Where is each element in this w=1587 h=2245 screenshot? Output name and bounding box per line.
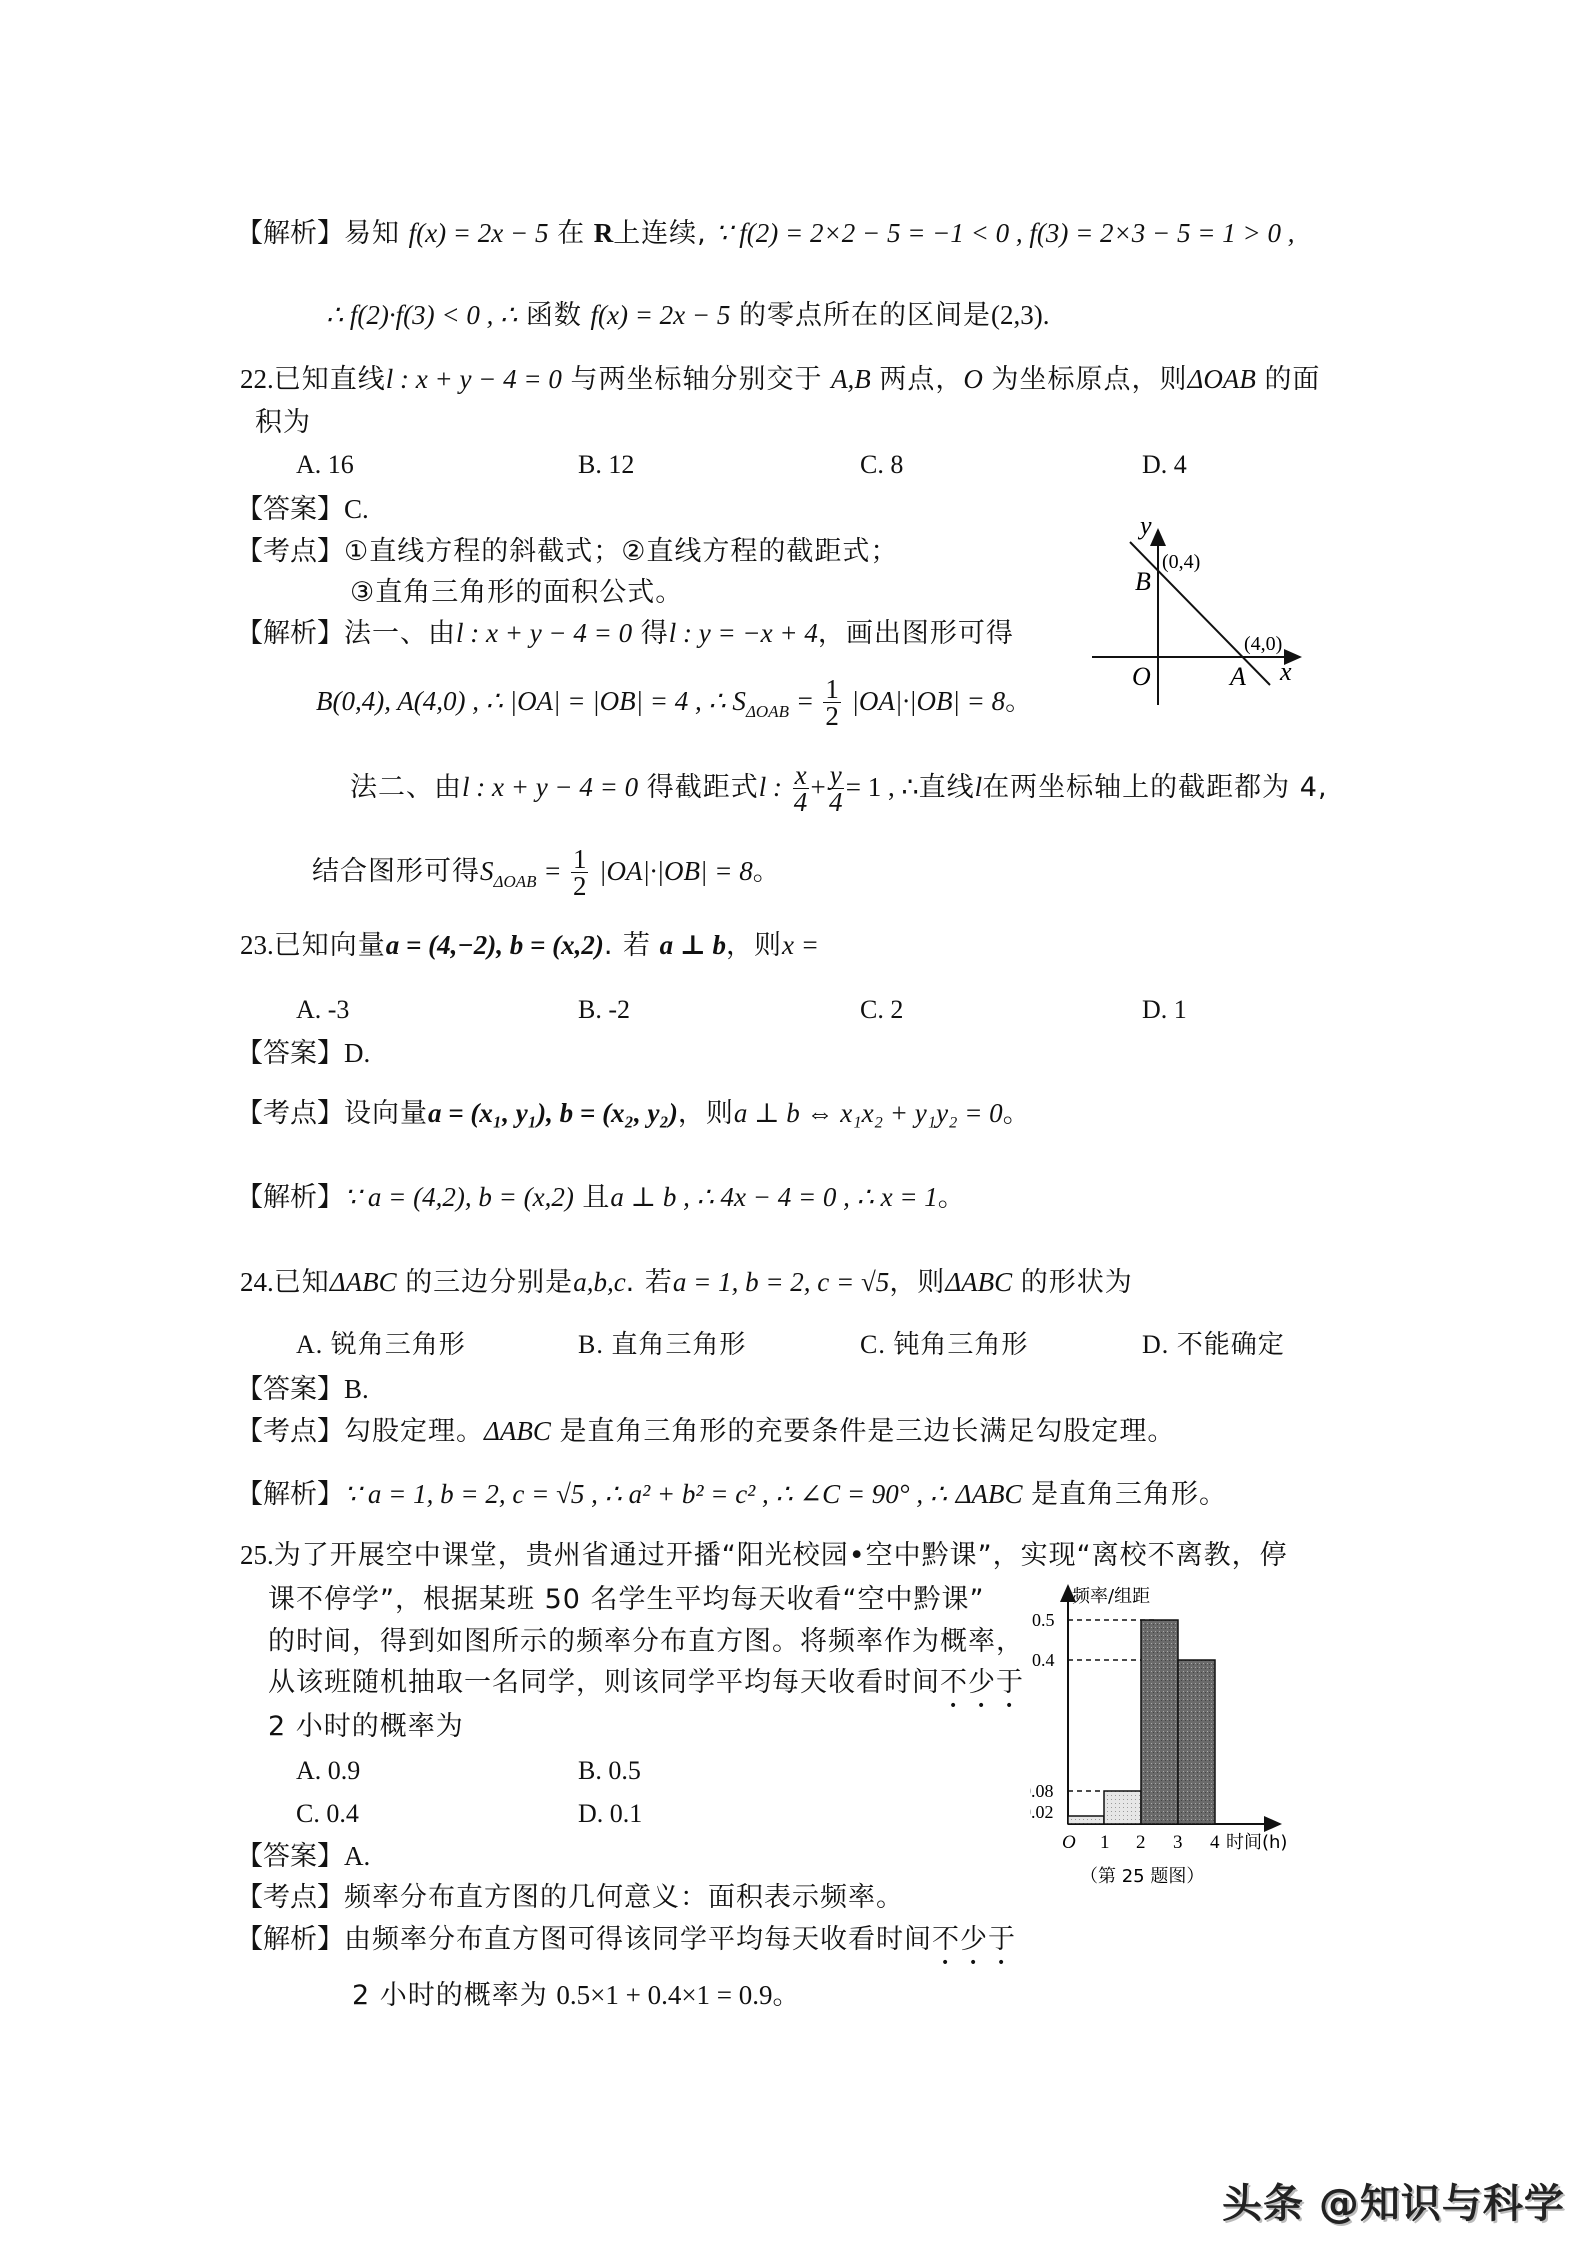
analysis-label: 【解析】 <box>236 618 344 649</box>
formula: a,b,c <box>573 1267 625 1297</box>
text: 且 <box>582 1182 610 1213</box>
text: 易知 <box>344 218 400 249</box>
formula: ΔABC <box>956 1479 1023 1509</box>
fraction: x4 <box>793 762 809 815</box>
x-axis-label: x <box>1279 657 1292 686</box>
x-axis-title: 时间(h) <box>1226 1832 1287 1853</box>
q22-analysis-line2: B(0,4), A(4,0) , ∴ |OA| = |OB| = 4 , ∴ S… <box>316 676 1033 729</box>
question-number: 22. <box>240 364 274 394</box>
text: 勾股定理。 <box>344 1416 484 1447</box>
y-tick-0.5: 0.5 <box>1032 1610 1055 1630</box>
q23-option-b: B. -2 <box>578 994 630 1026</box>
x-tick-3: 3 <box>1173 1832 1183 1853</box>
denominator: 2 <box>571 873 589 899</box>
text: ，则 <box>678 1098 734 1129</box>
formula: |OA|·|OB| = 8 <box>851 686 1005 716</box>
fraction: 12 <box>823 676 841 729</box>
answer-value: B. <box>344 1374 369 1404</box>
q25-frequency-histogram: 频率/组距 0.5 0.4 0.08 0.02 O 1 2 3 4 时间(h) … <box>1030 1578 1310 1908</box>
q23-option-a: A. -3 <box>296 994 349 1026</box>
formula: ΔABC <box>484 1416 551 1446</box>
point-label: 【考点】 <box>236 1882 344 1913</box>
q22-option-d: D. 4 <box>1142 449 1187 481</box>
answer-label: 【答案】 <box>236 1841 344 1872</box>
formula: f(x) = 2x − 5 <box>590 300 730 330</box>
formula: S <box>480 856 494 886</box>
answer-value: C. <box>344 494 369 524</box>
q25-option-c: C. 0.4 <box>296 1798 359 1830</box>
text: 两点， <box>879 364 963 395</box>
x-tick-1: 1 <box>1100 1832 1110 1853</box>
text: 得截距式 <box>647 772 759 803</box>
formula: l : x + y − 4 = 0 <box>456 618 632 648</box>
origin-label: O <box>1132 662 1151 691</box>
formula: a ⊥ b <box>660 930 726 960</box>
formula: = <box>798 686 813 716</box>
formula: a = 1, b = 2, c = √5 <box>673 1267 889 1297</box>
coord-b-label: (0,4) <box>1162 551 1200 573</box>
answer-value: D. <box>344 1038 370 1068</box>
q24-option-b: B. 直角三角形 <box>578 1329 746 1361</box>
formula: x = <box>782 930 819 960</box>
q23-points: 【考点】设向量a = (x₁, y₁), b = (x₂, y₂)，则a ⊥ b… <box>236 1096 1031 1131</box>
text: 的零点所在的区间是 <box>739 300 991 331</box>
text: 得 <box>641 618 669 649</box>
bar-2-3 <box>1141 1620 1178 1824</box>
q24-analysis: 【解析】∵ a = 1, b = 2, c = √5 , ∴ a² + b² =… <box>236 1477 1227 1512</box>
q22-stem: 22.已知直线l : x + y − 4 = 0 与两坐标轴分别交于 A,B 两… <box>240 362 1320 397</box>
q22-analysis-line1: 【解析】法一、由l : x + y − 4 = 0 得l : y = −x + … <box>236 616 1014 651</box>
emphasized-text: 不少于 <box>932 1924 1016 1955</box>
text: 在两坐标轴上的截距都为 4, <box>982 772 1327 803</box>
formula: 0.5×1 + 0.4×1 = 0.9 <box>556 1980 772 2010</box>
text: ，画出图形可得 <box>818 618 1014 649</box>
text: 2 小时的概率为 <box>352 1980 548 2011</box>
subscript: ΔOAB <box>494 872 537 891</box>
numerator: y <box>828 762 844 789</box>
answer-label: 【答案】 <box>236 1038 344 1069</box>
q24-answer: 【答案】B. <box>236 1372 369 1407</box>
text: . 若 <box>604 930 651 961</box>
text: . 若 <box>626 1267 673 1298</box>
denominator: 2 <box>823 703 841 729</box>
text: 。 <box>1005 686 1033 717</box>
text: 法一、由 <box>344 618 456 649</box>
formula: a = (x₁, y₁), b = (x₂, y₂) <box>428 1098 678 1128</box>
text: 设向量 <box>344 1098 428 1129</box>
answer-label: 【答案】 <box>236 1374 344 1405</box>
formula: ∴ f(2)·f(3) < 0 , ∴ <box>326 300 517 330</box>
formula: l : x + y − 4 = 0 <box>462 772 638 802</box>
analysis-label: 【解析】 <box>236 1924 344 1955</box>
bar-3-4 <box>1178 1660 1215 1824</box>
analysis-label: 【解析】 <box>236 1182 344 1213</box>
q21-analysis-line2: ∴ f(2)·f(3) < 0 , ∴ 函数 f(x) = 2x − 5 的零点… <box>326 298 1049 333</box>
formula: a ⊥ b , ∴ 4x − 4 = 0 , ∴ x = 1 <box>610 1182 937 1212</box>
y-axis-label: y <box>1137 511 1152 540</box>
emphasized-text: 不少于 <box>940 1667 1024 1698</box>
q22-answer: 【答案】C. <box>236 492 369 527</box>
formula: + <box>811 772 826 802</box>
question-number: 24. <box>240 1267 274 1297</box>
numerator: 1 <box>823 676 841 703</box>
formula: ∵ a = 1, b = 2, c = √5 , ∴ a² + b² = c² … <box>344 1479 947 1509</box>
text: 直线 <box>919 772 975 803</box>
q23-option-c: C. 2 <box>860 994 903 1026</box>
text: 。 <box>753 856 781 887</box>
formula: ΔABC <box>945 1267 1012 1297</box>
text: 在 <box>557 218 585 249</box>
formula: ∵ f(2) = 2×2 − 5 = −1 < 0 , f(3) = 2×3 −… <box>715 218 1294 248</box>
text: 上连续, <box>613 218 707 249</box>
x-tick-4: 4 <box>1210 1832 1220 1853</box>
text: 的形状为 <box>1021 1267 1133 1298</box>
text: ，则 <box>726 930 782 961</box>
fraction: 12 <box>571 846 589 899</box>
q24-option-a: A. 锐角三角形 <box>296 1329 466 1361</box>
bar-0-1 <box>1068 1816 1104 1824</box>
formula: ΔOAB <box>1188 364 1256 394</box>
denominator: 4 <box>828 789 844 815</box>
q24-points: 【考点】勾股定理。ΔABC 是直角三角形的充要条件是三边长满足勾股定理。 <box>236 1414 1175 1449</box>
point-label: 【考点】 <box>236 1098 344 1129</box>
text: 从该班随机抽取一名同学，则该同学平均每天收看时间 <box>268 1667 940 1698</box>
q25-answer: 【答案】A. <box>236 1839 370 1874</box>
point-label: 【考点】 <box>236 536 344 567</box>
text: 的三边分别是 <box>405 1267 573 1298</box>
text: 。 <box>1003 1098 1031 1129</box>
question-number: 23. <box>240 930 274 960</box>
question-number: 25. <box>240 1540 274 1570</box>
text: 是直角三角形的充要条件是三边长满足勾股定理。 <box>559 1416 1175 1447</box>
q24-option-c: C. 钝角三角形 <box>860 1329 1028 1361</box>
q21-analysis-line1: 【解析】易知 f(x) = 2x − 5 在 R上连续, ∵ f(2) = 2×… <box>236 216 1294 251</box>
formula: f(x) = 2x − 5 <box>409 218 549 248</box>
formula: a = (4,−2), b = (x,2) <box>386 930 604 960</box>
q24-option-d: D. 不能确定 <box>1142 1329 1285 1361</box>
text: 与两坐标轴分别交于 <box>570 364 822 395</box>
y-tick-0.02: 0.02 <box>1030 1802 1054 1822</box>
text: 。 <box>773 1980 801 2011</box>
formula: ΔABC <box>330 1267 397 1297</box>
text: 频率分布直方图的几何意义：面积表示频率。 <box>344 1882 904 1913</box>
formula: A,B <box>831 364 871 394</box>
q25-analysis-line1: 【解析】由频率分布直方图可得该同学平均每天收看时间不少于 <box>236 1923 1016 1971</box>
formula: l : x + y − 4 = 0 <box>386 364 562 394</box>
q22-stem-line2: 积为 <box>255 406 311 440</box>
y-axis-title: 频率/组距 <box>1072 1586 1150 1607</box>
analysis-label: 【解析】 <box>236 218 344 249</box>
y-tick-0.08: 0.08 <box>1030 1781 1054 1801</box>
text: 已知直线 <box>274 364 386 395</box>
fraction: y4 <box>828 762 844 815</box>
q23-answer: 【答案】D. <box>236 1036 370 1071</box>
numerator: x <box>793 762 809 789</box>
figure-caption: （第 25 题图） <box>1080 1866 1204 1887</box>
answer-value: A. <box>344 1841 370 1871</box>
formula: R <box>594 218 614 248</box>
q25-stem-line2: 课不停学”，根据某班 50 名学生平均每天收看“空中黔课” <box>268 1583 984 1617</box>
watermark: 头条 @知识与科学 <box>1222 2172 1565 2229</box>
q22-coordinate-figure: y x O B A (0,4) (4,0) <box>1090 510 1310 710</box>
formula: a ⊥ b ⇔ x₁x₂ + y₁y₂ = 0 <box>734 1098 1003 1128</box>
q25-option-b: B. 0.5 <box>578 1755 641 1787</box>
q25-option-d: D. 0.1 <box>578 1798 642 1830</box>
point-b-label: B <box>1135 567 1151 596</box>
formula: (2,3). <box>991 300 1049 330</box>
x-tick-2: 2 <box>1136 1832 1146 1853</box>
formula: B(0,4), A(4,0) , ∴ |OA| = |OB| = 4 , ∴ S <box>316 686 746 716</box>
formula: l : <box>759 772 782 802</box>
q22-points-line2: ③直角三角形的面积公式。 <box>350 576 683 610</box>
formula: = <box>545 856 560 886</box>
text: 的面 <box>1264 364 1320 395</box>
subscript: ΔOAB <box>746 702 789 721</box>
text: 由频率分布直方图可得该同学平均每天收看时间 <box>344 1924 932 1955</box>
q25-stem-line4: 从该班随机抽取一名同学，则该同学平均每天收看时间不少于 <box>268 1666 1024 1714</box>
text: ，则 <box>889 1267 945 1298</box>
point-a-label: A <box>1228 662 1246 691</box>
text: 法二、由 <box>350 772 462 803</box>
text: 为了开展空中课堂，贵州省通过开播“阳光校园•空中黔课”，实现“离校不离教，停 <box>274 1540 1288 1571</box>
q22-method2-line1: 法二、由l : x + y − 4 = 0 得截距式l : x4+y4= 1 ,… <box>350 762 1328 815</box>
q22-method2-line2: 结合图形可得SΔOAB = 12 |OA|·|OB| = 8。 <box>312 846 781 899</box>
text: 为坐标原点，则 <box>992 364 1188 395</box>
formula: ∵ a = (4,2), b = (x,2) <box>344 1182 574 1212</box>
q23-analysis: 【解析】∵ a = (4,2), b = (x,2) 且a ⊥ b , ∴ 4x… <box>236 1180 966 1215</box>
q22-option-b: B. 12 <box>578 449 634 481</box>
q25-analysis-line2: 2 小时的概率为 0.5×1 + 0.4×1 = 0.9。 <box>352 1978 801 2013</box>
text: 。 <box>938 1182 966 1213</box>
formula: = 1 , ∴ <box>846 772 919 802</box>
answer-label: 【答案】 <box>236 494 344 525</box>
q23-option-d: D. 1 <box>1142 994 1187 1026</box>
numerator: 1 <box>571 846 589 873</box>
q25-option-a: A. 0.9 <box>296 1755 360 1787</box>
x-tick-origin: O <box>1062 1832 1076 1853</box>
denominator: 4 <box>793 789 809 815</box>
q22-points: 【考点】①直线方程的斜截式；②直线方程的截距式； <box>236 535 898 569</box>
formula: O <box>963 364 983 394</box>
formula: |OA|·|OB| = 8 <box>599 856 753 886</box>
text: 结合图形可得 <box>312 856 480 887</box>
text: ①直线方程的斜截式；②直线方程的截距式； <box>344 536 898 567</box>
q23-stem: 23.已知向量a = (4,−2), b = (x,2). 若 a ⊥ b，则x… <box>240 928 819 963</box>
q25-points: 【考点】频率分布直方图的几何意义：面积表示频率。 <box>236 1881 904 1915</box>
text: 函数 <box>526 300 582 331</box>
formula: l : y = −x + 4 <box>669 618 818 648</box>
bar-1-2 <box>1104 1791 1141 1824</box>
coord-a-label: (4,0) <box>1244 633 1282 655</box>
q25-stem-line1: 25.为了开展空中课堂，贵州省通过开播“阳光校园•空中黔课”，实现“离校不离教，… <box>240 1538 1288 1573</box>
q22-option-a: A. 16 <box>296 449 354 481</box>
point-label: 【考点】 <box>236 1416 344 1447</box>
q24-stem: 24.已知ΔABC 的三边分别是a,b,c. 若a = 1, b = 2, c … <box>240 1265 1133 1300</box>
text: 已知 <box>274 1267 330 1298</box>
text: 已知向量 <box>274 930 386 961</box>
y-tick-0.4: 0.4 <box>1032 1650 1055 1670</box>
analysis-label: 【解析】 <box>236 1479 344 1510</box>
text: 是直角三角形。 <box>1031 1479 1227 1510</box>
q25-stem-line5: 2 小时的概率为 <box>268 1710 464 1744</box>
q25-stem-line3: 的时间，得到如图所示的频率分布直方图。将频率作为概率， <box>268 1625 1024 1659</box>
q22-option-c: C. 8 <box>860 449 903 481</box>
